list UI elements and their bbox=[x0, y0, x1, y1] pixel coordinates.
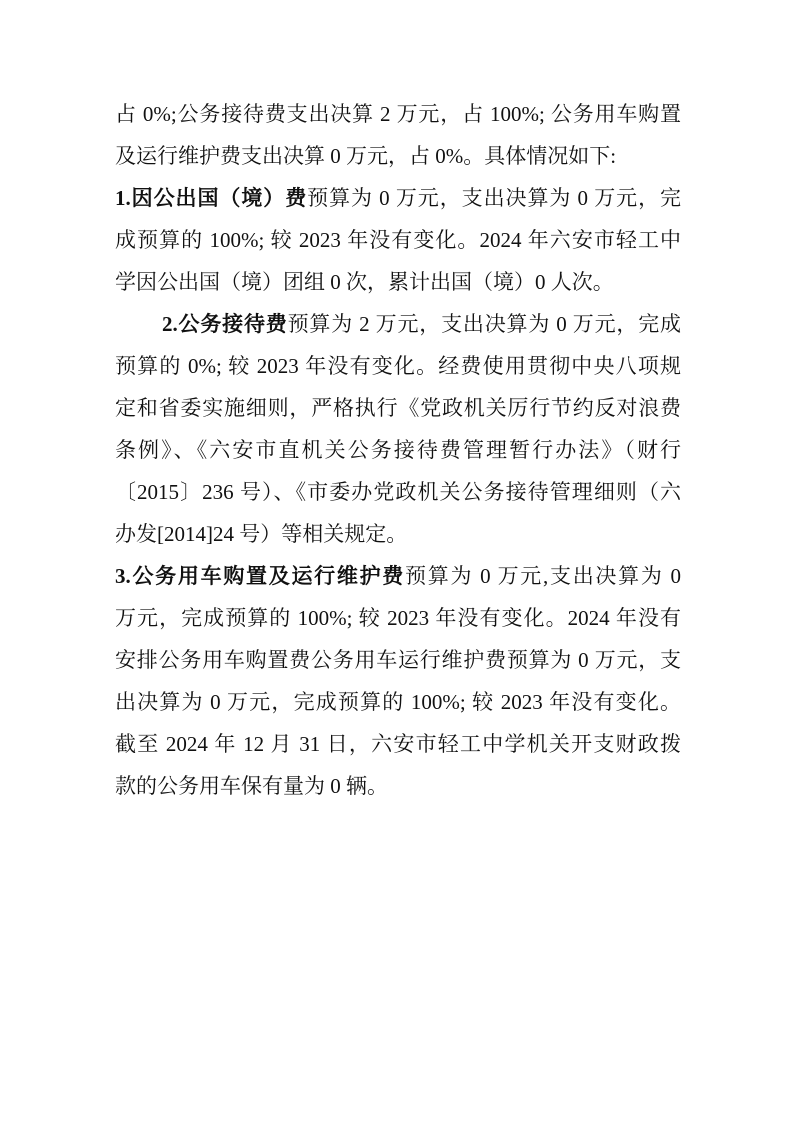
line-text: 〔2015〕236 号）、《市委办党政机关公务接待管理细则（六 bbox=[115, 480, 681, 504]
line-text: 预算为 2 万元，支出决算为 0 万元，完成 bbox=[288, 312, 681, 336]
text-line: 3.公务用车购置及运行维护费预算为 0 万元,支出决算为 0 bbox=[115, 555, 681, 597]
document-text-block: 占 0%;公务接待费支出决算 2 万元，占 100%; 公务用车购置 及运行维护… bbox=[115, 93, 681, 807]
text-line: 款的公务用车保有量为 0 辆。 bbox=[115, 765, 681, 807]
paragraph-lead-3: 3.公务用车购置及运行维护费 bbox=[115, 564, 405, 588]
text-line: 成预算的 100%; 较 2023 年没有变化。2024 年六安市轻工中 bbox=[115, 219, 681, 261]
line-text: 条例》、《六安市直机关公务接待费管理暂行办法》（财行 bbox=[115, 438, 681, 462]
line-text: 出决算为 0 万元，完成预算的 100%; 较 2023 年没有变化。 bbox=[115, 690, 681, 714]
line-text: 学因公出国（境）团组 0 次，累计出国（境）0 人次。 bbox=[115, 270, 614, 294]
line-text: 款的公务用车保有量为 0 辆。 bbox=[115, 774, 388, 798]
line-text: 截至 2024 年 12 月 31 日，六安市轻工中学机关开支财政拨 bbox=[115, 732, 681, 756]
line-text: 定和省委实施细则，严格执行《党政机关厉行节约反对浪费 bbox=[115, 396, 681, 420]
text-line: 预算的 0%; 较 2023 年没有变化。经费使用贯彻中央八项规 bbox=[115, 345, 681, 387]
line-text: 办发[2014]24 号）等相关规定。 bbox=[115, 522, 407, 546]
text-line: 截至 2024 年 12 月 31 日，六安市轻工中学机关开支财政拨 bbox=[115, 723, 681, 765]
text-line: 办发[2014]24 号）等相关规定。 bbox=[115, 513, 681, 555]
document-page: 占 0%;公务接待费支出决算 2 万元，占 100%; 公务用车购置 及运行维护… bbox=[0, 0, 793, 1122]
line-text: 及运行维护费支出决算 0 万元，占 0%。具体情况如下: bbox=[115, 144, 616, 168]
text-line: 2.公务接待费预算为 2 万元，支出决算为 0 万元，完成 bbox=[115, 303, 681, 345]
line-text: 万元，完成预算的 100%; 较 2023 年没有变化。2024 年没有 bbox=[115, 606, 681, 630]
line-text: 预算为 0 万元，支出决算为 0 万元，完 bbox=[307, 186, 681, 210]
paragraph-lead-1: 1.因公出国（境）费 bbox=[115, 186, 307, 210]
paragraph-lead-2: 2.公务接待费 bbox=[162, 312, 288, 336]
text-line: 〔2015〕236 号）、《市委办党政机关公务接待管理细则（六 bbox=[115, 471, 681, 513]
line-text: 占 0%;公务接待费支出决算 2 万元，占 100%; 公务用车购置 bbox=[115, 102, 681, 126]
text-line: 安排公务用车购置费公务用车运行维护费预算为 0 万元，支 bbox=[115, 639, 681, 681]
text-line: 及运行维护费支出决算 0 万元，占 0%。具体情况如下: bbox=[115, 135, 681, 177]
text-line: 出决算为 0 万元，完成预算的 100%; 较 2023 年没有变化。 bbox=[115, 681, 681, 723]
text-line: 条例》、《六安市直机关公务接待费管理暂行办法》（财行 bbox=[115, 429, 681, 471]
line-text: 预算为 0 万元,支出决算为 0 bbox=[405, 564, 681, 588]
line-text: 安排公务用车购置费公务用车运行维护费预算为 0 万元，支 bbox=[115, 648, 681, 672]
text-line: 学因公出国（境）团组 0 次，累计出国（境）0 人次。 bbox=[115, 261, 681, 303]
text-line: 万元，完成预算的 100%; 较 2023 年没有变化。2024 年没有 bbox=[115, 597, 681, 639]
text-line: 定和省委实施细则，严格执行《党政机关厉行节约反对浪费 bbox=[115, 387, 681, 429]
text-line: 1.因公出国（境）费预算为 0 万元，支出决算为 0 万元，完 bbox=[115, 177, 681, 219]
line-text: 预算的 0%; 较 2023 年没有变化。经费使用贯彻中央八项规 bbox=[115, 354, 681, 378]
text-line: 占 0%;公务接待费支出决算 2 万元，占 100%; 公务用车购置 bbox=[115, 93, 681, 135]
line-text: 成预算的 100%; 较 2023 年没有变化。2024 年六安市轻工中 bbox=[115, 228, 681, 252]
